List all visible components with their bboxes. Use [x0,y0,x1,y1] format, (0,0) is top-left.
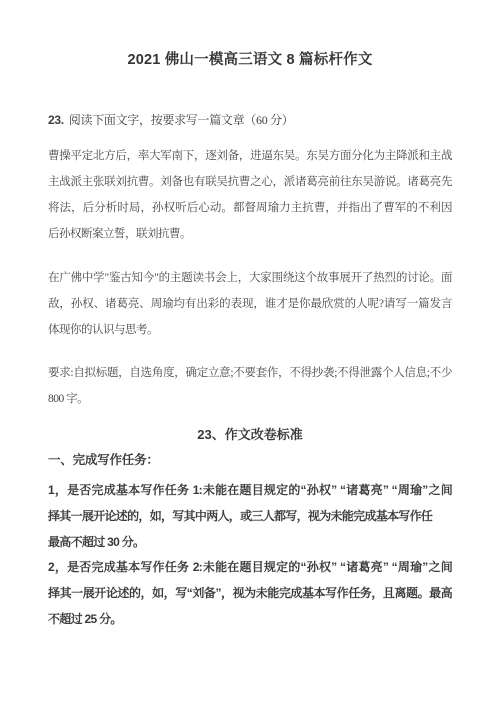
question-prompt: 23.阅读下面文字，按要求写一篇文章（60 分） [48,111,452,128]
requirements-paragraph: 要求:自拟标题，自选角度，确定立意;不要套作，不得抄袭;不得泄露个人信息;不少于… [48,360,452,412]
grading-item-1-line-3: 最高不超过 30 分。 [48,529,452,555]
discussion-line-1: 在广佛中学"鉴古知今"的主题读书会上，大家围绕这个故事展开了热烈的讨论。面对强 [48,265,452,291]
document-page: 2021 佛山一模高三语文 8 篇标杆作文 23.阅读下面文字，按要求写一篇文章… [0,0,500,707]
question-text: 阅读下面文字，按要求写一篇文章（60 分） [69,113,294,127]
grading-item-2-line-2: 择其一展开论述的，如，写“刘备”，视为未能完成基本写作任务，且离题。最高 [48,580,452,606]
grading-item-2-line-1: 2，是否完成基本写作任务 2:未能在题目规定的“孙权” “诸葛亮” “周瑜”之间 [48,554,452,580]
grading-item-2: 2，是否完成基本写作任务 2:未能在题目规定的“孙权” “诸葛亮” “周瑜”之间… [48,554,452,632]
discussion-paragraph: 在广佛中学"鉴古知今"的主题读书会上，大家围绕这个故事展开了热烈的讨论。面对强 … [48,265,452,343]
writing-task-subheading: 一、完成写作任务： [48,450,452,468]
grading-item-2-line-3: 不超过 25 分。 [48,606,452,632]
requirements-line-2: 800 字。 [48,386,452,412]
story-line-2: 主战派主张联刘抗曹。刘备也有联吴抗曹之心，派诸葛亮前往东吴游说。诸葛亮先用激 [48,169,452,195]
grading-item-1: 1，是否完成基本写作任务 1:未能在题目规定的“孙权” “诸葛亮” “周瑜”之间… [48,477,452,555]
document-title: 2021 佛山一模高三语文 8 篇标杆作文 [48,48,452,69]
story-paragraph: 曹操平定北方后，率大军南下，逐刘备，进逼东吴。东吴方面分化为主降派和主战派， 主… [48,143,452,247]
question-number: 23. [48,113,64,127]
discussion-line-2: 敌，孙权、诸葛亮、周瑜均有出彩的表现，谁才是你最欣赏的人呢?请写一篇发言稿， [48,291,452,317]
story-line-1: 曹操平定北方后，率大军南下，逐刘备，进逼东吴。东吴方面分化为主降派和主战派， [48,143,452,169]
story-line-4: 后孙权断案立誓，联刘抗曹。 [48,221,452,247]
story-line-3: 将法，后分析时局，孙权听后心动。都督周瑜力主抗曹，并指出了曹军的不利因素，最 [48,195,452,221]
grading-standards-heading: 23、作文改卷标准 [48,424,452,443]
grading-item-1-line-2: 择其一展开论述的，如，写其中两人，或三人都写，视为未能完成基本写作任务。 [48,503,452,529]
requirements-line-1: 要求:自拟标题，自选角度，确定立意;不要套作，不得抄袭;不得泄露个人信息;不少于 [48,360,452,386]
grading-item-1-line-1: 1，是否完成基本写作任务 1:未能在题目规定的“孙权” “诸葛亮” “周瑜”之间 [48,477,452,503]
discussion-line-3: 体现你的认识与思考。 [48,317,452,343]
